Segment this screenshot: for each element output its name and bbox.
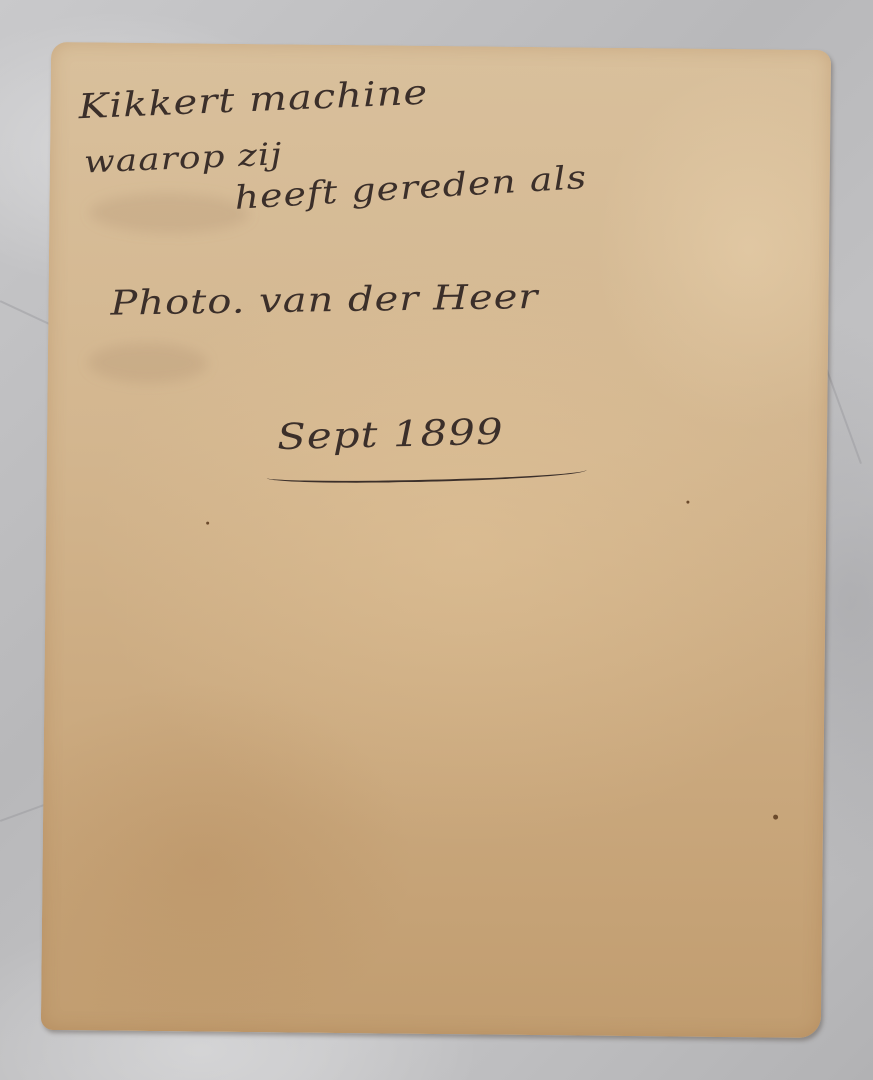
foxing-spot [773,815,778,820]
photo-card-back: Kikkert machine waarop zij heeft gereden… [41,42,831,1038]
inscription-photographer: Photo. van der Heer [110,277,539,323]
inscription-line-2: waarop zij [83,137,283,180]
date-underline [267,463,587,484]
inscription-line-3: heeft gereden als [233,158,588,216]
ink-smudge [88,342,208,383]
inscription-line-1: Kikkert machine [78,73,429,127]
foxing-spot [206,522,209,525]
ink-smudge [89,192,249,234]
foxing-spot [686,501,689,504]
inscription-date: Sept 1899 [277,410,505,457]
